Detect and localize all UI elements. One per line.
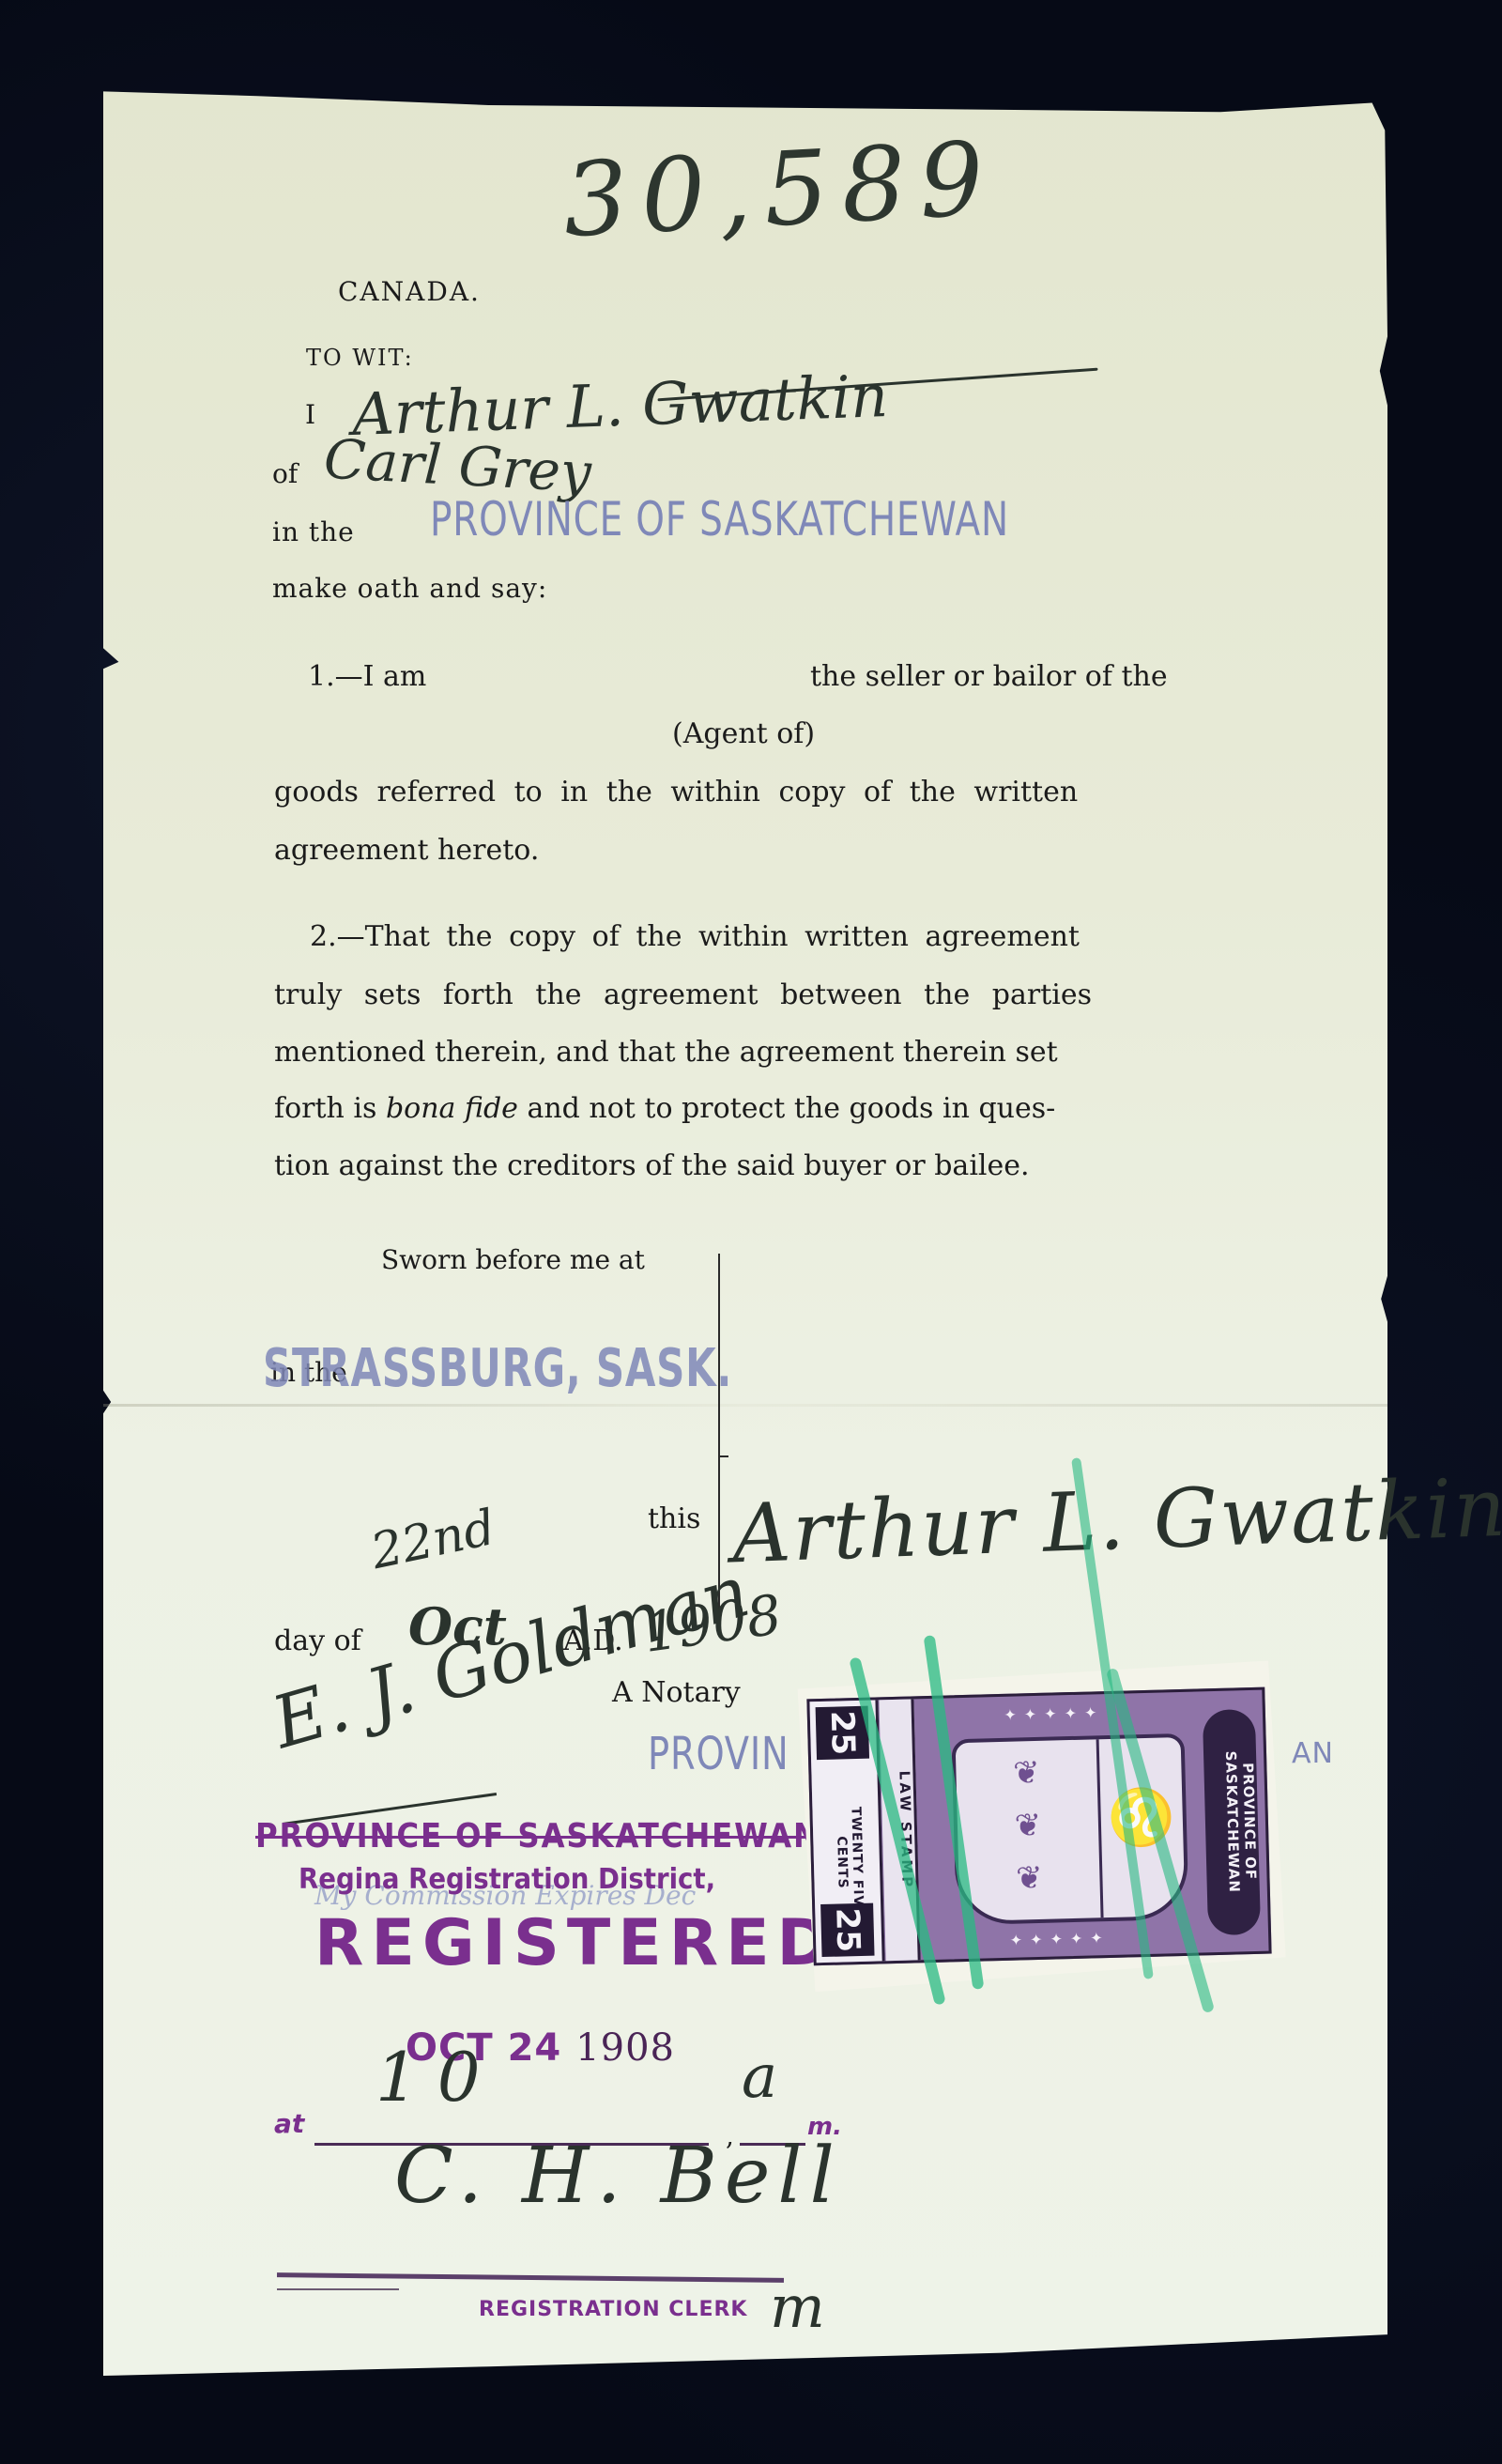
wheat-sheaf-icon: ❦ — [996, 1858, 1063, 1903]
province-banner: PROVINCE OF SASKATCHEWAN — [1203, 1709, 1261, 1935]
in-the-label: in the — [272, 516, 355, 547]
paper-fold — [103, 1404, 1387, 1407]
clerk-title: REGISTRATION CLERK — [479, 2298, 747, 2321]
day-of-label: day of — [274, 1625, 361, 1657]
clause-1-tail: the seller or bailor of the — [810, 660, 1168, 693]
bona-fide-italic: bona fide — [386, 1092, 518, 1125]
clause-2-line-4-post: and not to protect the goods in ques- — [518, 1092, 1055, 1125]
clause-2-line-2: truly sets forth the agreement between t… — [274, 978, 1092, 1011]
sworn-before-label: Sworn before me at — [381, 1244, 645, 1275]
country-heading: CANADA. — [338, 276, 481, 307]
clause-2-line-4-pre: forth is — [274, 1092, 386, 1125]
wheat-sheaf-icon: ❦ — [993, 1753, 1060, 1798]
clause-2-line-3: mentioned therein, and that the agreemen… — [274, 1036, 1058, 1069]
clause-2-line-5: tion against the creditors of the said b… — [274, 1149, 1030, 1182]
denomination-top: 25 — [816, 1706, 869, 1760]
hour-handwritten: 10 — [375, 2038, 499, 2117]
registration-date-year: 1908 — [575, 2026, 675, 2070]
of-label: of — [272, 458, 298, 489]
jurat-brace-tip — [719, 1455, 728, 1457]
clause-1-lead: 1.—I am — [308, 660, 426, 693]
clause-1-line-3: agreement hereto. — [274, 834, 539, 867]
province-stamp: PROVINCE OF SASKATCHEWAN — [430, 492, 1009, 547]
to-wit-label: TO WIT: — [306, 345, 414, 371]
registration-district: Regina Registration District, — [299, 1863, 715, 1896]
denomination-bottom: 25 — [820, 1903, 874, 1957]
i-label: I — [305, 399, 315, 430]
clause-1-line-2: goods referred to in the within copy of … — [274, 776, 1078, 808]
oath-line: make oath and say: — [272, 573, 547, 604]
wheat-ornament-bottom: ✦✦✦✦✦ — [966, 1928, 1154, 1949]
this-label: this — [648, 1502, 700, 1535]
clause-2-line-4: forth is bona fide and not to protect th… — [274, 1092, 1055, 1125]
clerk-signature-line-short — [277, 2288, 399, 2290]
notary-province-stamp-tail: AN — [1292, 1737, 1334, 1770]
notary-label: A Notary — [612, 1676, 741, 1709]
at-label: at — [274, 2108, 304, 2139]
ampm-handwritten: a — [742, 2042, 777, 2112]
document-number: 30,589 — [560, 120, 1000, 260]
shield-divider — [1096, 1739, 1104, 1917]
clerk-flourish: m — [770, 2272, 825, 2341]
wheat-sheaf-icon: ❦ — [994, 1806, 1061, 1851]
agent-of-note: (Agent of) — [672, 717, 815, 750]
registration-province: PROVINCE OF SASKATCHEWAN — [255, 1817, 820, 1856]
notary-province-stamp: PROVIN — [648, 1728, 789, 1780]
clerk-signature: C. H. Bell — [394, 2132, 842, 2221]
place-stamp: STRASSBURG, SASK. — [263, 1338, 732, 1399]
registered-stamp: REGISTERED — [314, 1906, 837, 1980]
clause-2-line-1: 2.—That the copy of the within written a… — [310, 920, 1080, 953]
